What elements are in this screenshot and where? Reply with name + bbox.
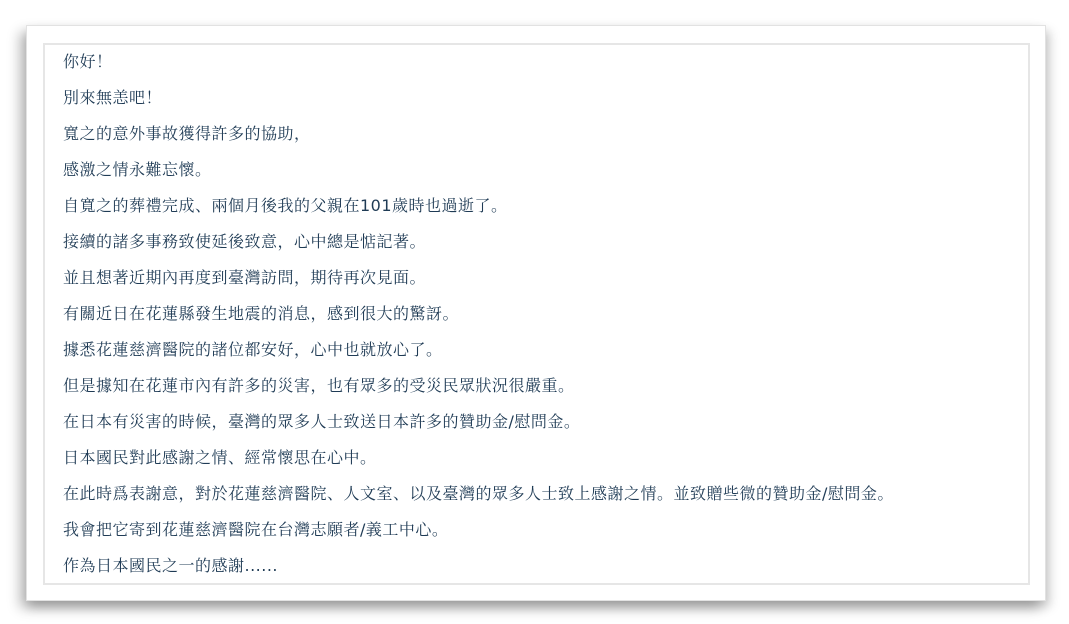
letter-line: 在此時爲表謝意，對於花蓮慈濟醫院、人文室、以及臺灣的眾多人士致上感謝之情。並致贈… — [63, 479, 894, 515]
letter-line-closing: 作為日本國民之一的感謝...... — [63, 551, 894, 587]
letter-line: 並且想著近期內再度到臺灣訪問，期待再次見面。 — [63, 263, 894, 299]
letter-body: 你好！ 別來無恙吧！ 寬之的意外事故獲得許多的協助， 感激之情永難忘懷。 自寬之… — [63, 47, 894, 587]
letter-line: 據悉花蓮慈濟醫院的諸位都安好，心中也就放心了。 — [63, 335, 894, 371]
letter-line: 我會把它寄到花蓮慈濟醫院在台灣志願者/義工中心。 — [63, 515, 894, 551]
letter-line: 接續的諸多事務致使延後致意，心中總是惦記著。 — [63, 227, 894, 263]
letter-line: 自寬之的葬禮完成、兩個月後我的父親在101歲時也過逝了。 — [63, 191, 894, 227]
letter-line: 感激之情永難忘懷。 — [63, 155, 894, 191]
letter-line: 別來無恙吧！ — [63, 83, 894, 119]
letter-line: 有關近日在花蓮縣發生地震的消息，感到很大的驚訝。 — [63, 299, 894, 335]
letter-frame: 你好！ 別來無恙吧！ 寬之的意外事故獲得許多的協助， 感激之情永難忘懷。 自寬之… — [26, 25, 1046, 601]
letter-text-box: 你好！ 別來無恙吧！ 寬之的意外事故獲得許多的協助， 感激之情永難忘懷。 自寬之… — [43, 43, 1030, 585]
letter-line: 日本國民對此感謝之情、經常懷思在心中。 — [63, 443, 894, 479]
letter-line: 在日本有災害的時候，臺灣的眾多人士致送日本許多的贊助金/慰問金。 — [63, 407, 894, 443]
letter-line: 但是據知在花蓮市內有許多的災害，也有眾多的受災民眾狀況很嚴重。 — [63, 371, 894, 407]
letter-line: 寬之的意外事故獲得許多的協助， — [63, 119, 894, 155]
letter-line-greeting: 你好！ — [63, 47, 894, 83]
